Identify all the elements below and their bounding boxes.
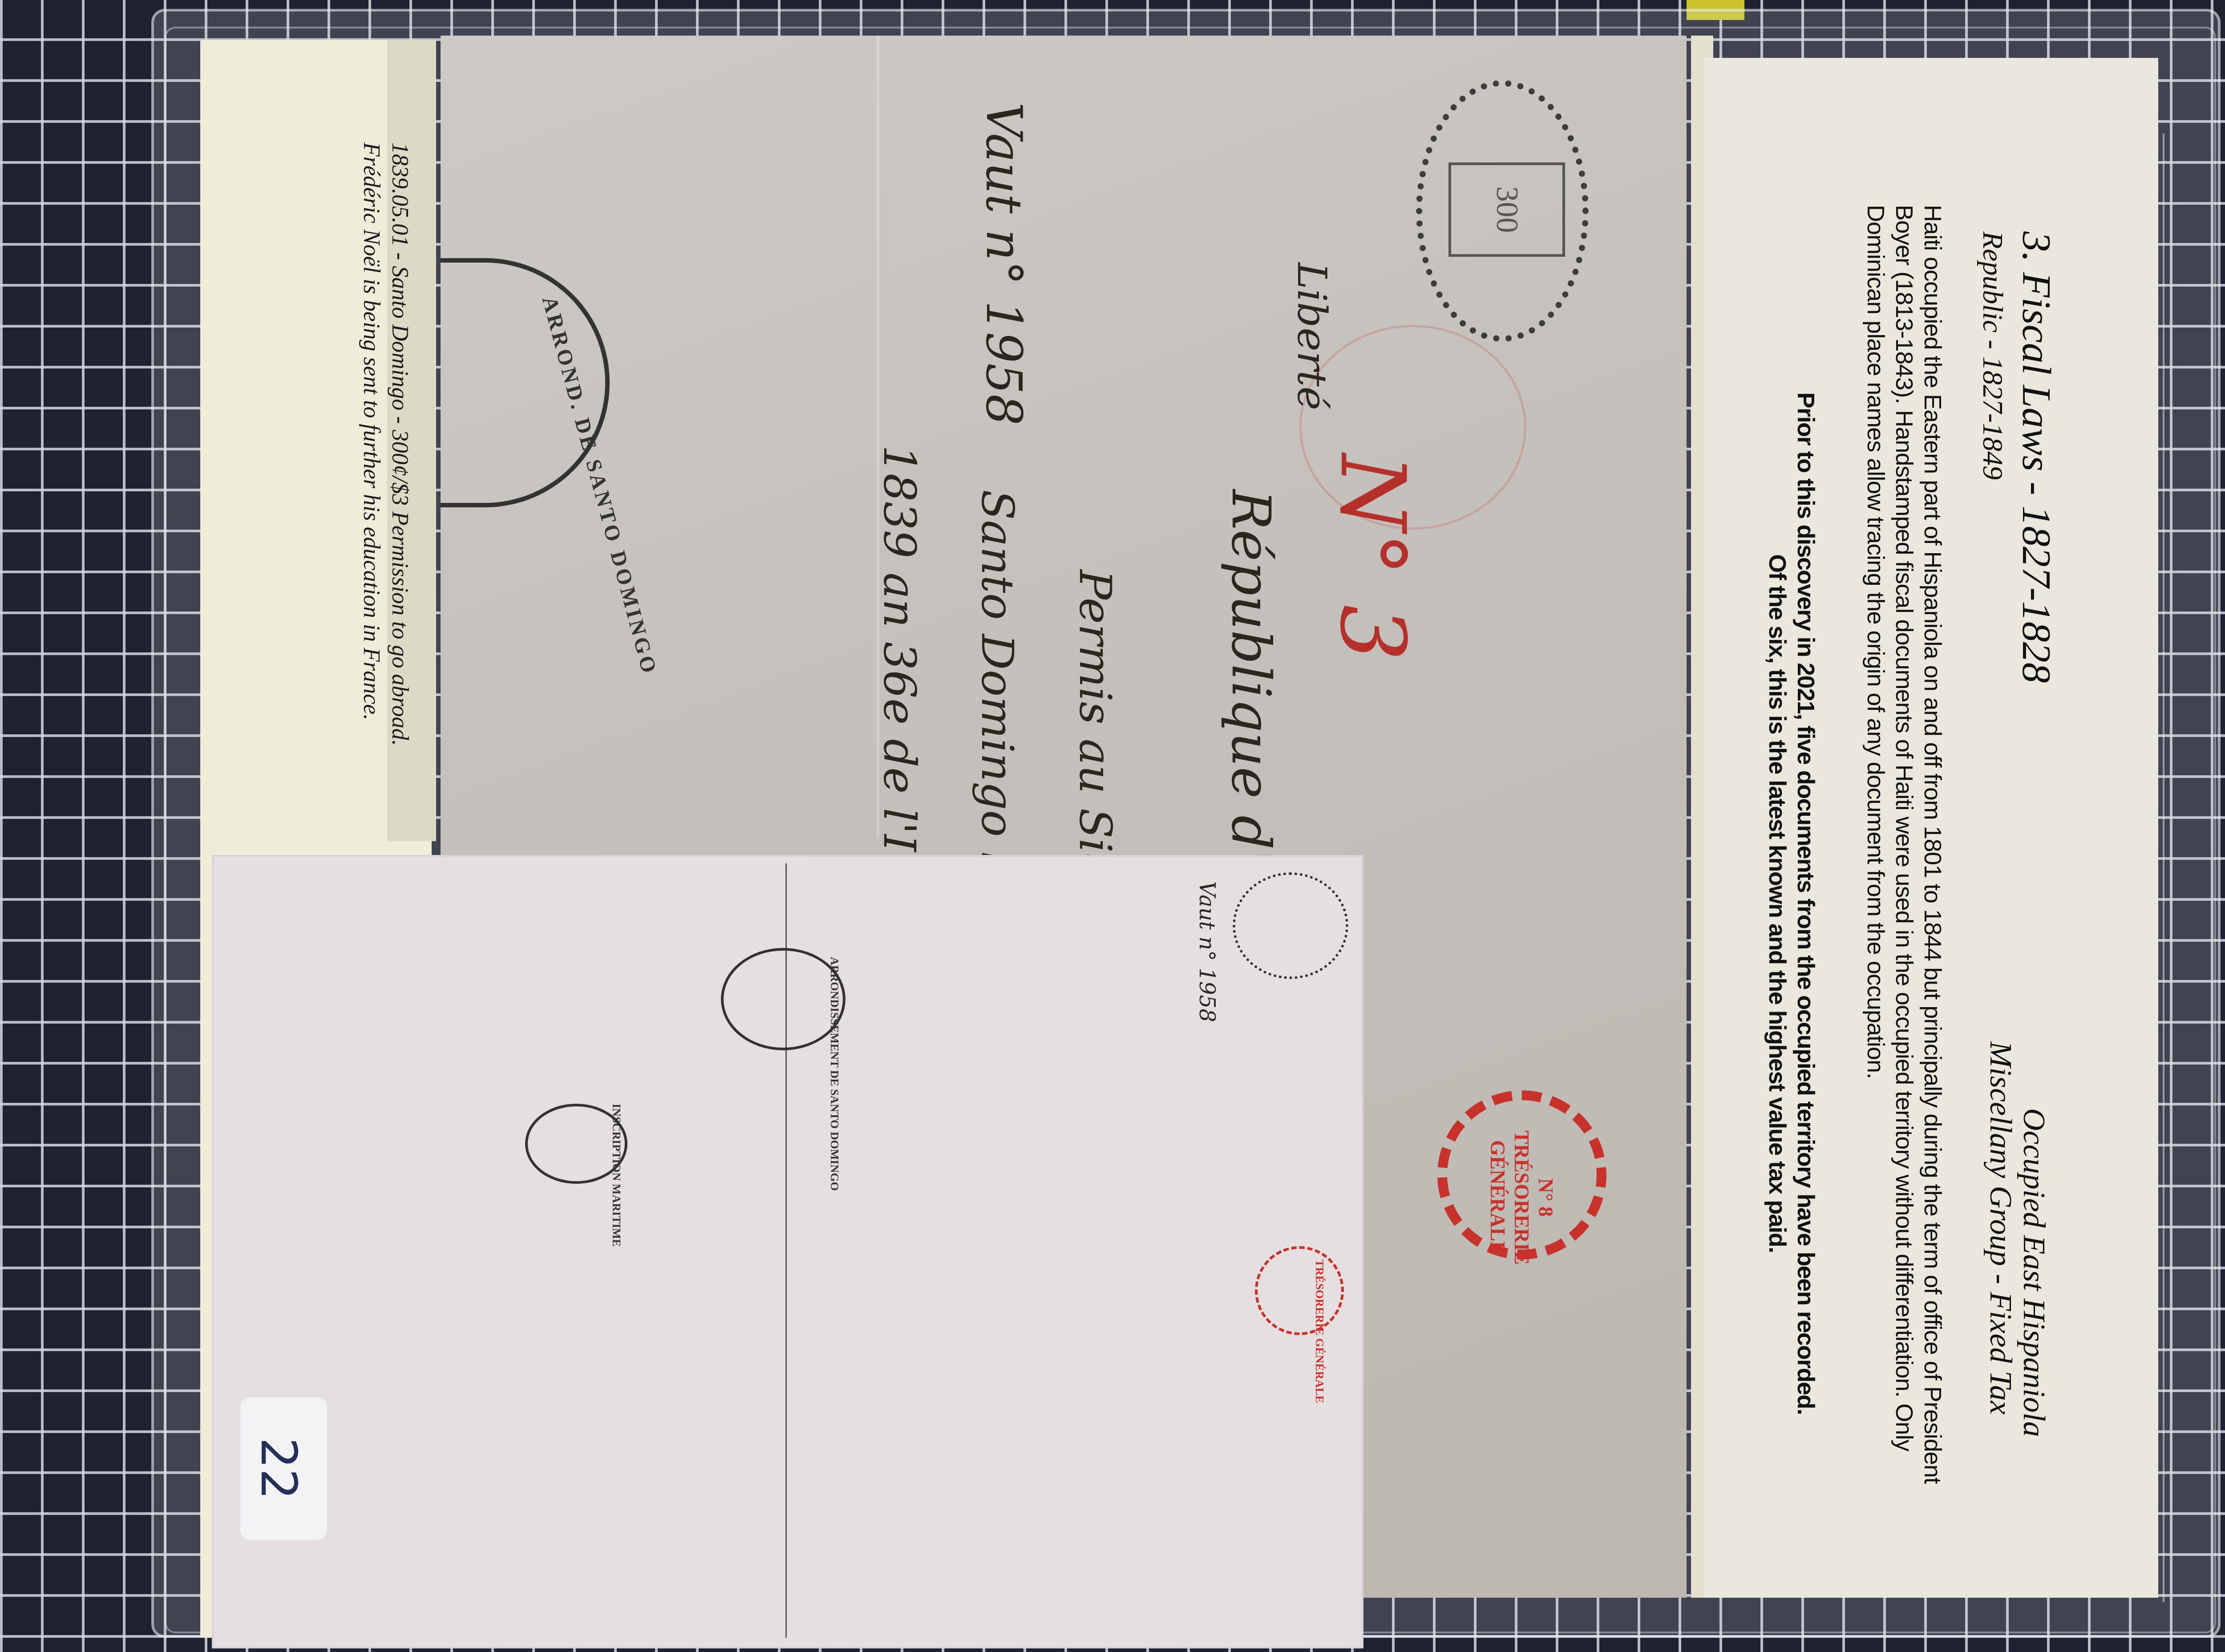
- section-subtitle: Republic - 1827-1849: [1976, 231, 2009, 480]
- discovery-note-line-1: Prior to this discovery in 2021, five do…: [1792, 236, 1820, 1571]
- description-body: Haiti occupied the Eastern part of Hispa…: [1861, 205, 1947, 1540]
- inventory-number: 22: [250, 1437, 307, 1500]
- photocopy-red-seal-icon: [1255, 1246, 1344, 1335]
- tax-stamp-value: 300: [1448, 162, 1565, 257]
- caption-line-1: 1839.05.01 - Santo Domingo - 300¢/$3 Per…: [385, 142, 414, 854]
- region-heading: Occupied East Hispaniola: [2016, 1108, 2051, 1437]
- discovery-note-line-2: Of the six, this is the latest known and…: [1763, 236, 1792, 1571]
- seal-line-3: GÉNÉRALE: [1485, 1130, 1509, 1265]
- photocopy-tax-stamp-icon: [1233, 872, 1348, 979]
- photocopy-handwritten-header: Vaut n° 1958: [1194, 881, 1219, 1022]
- discovery-note: Prior to this discovery in 2021, five do…: [1763, 236, 1820, 1571]
- handwritten-header: Vaut n° 1958: [975, 102, 1032, 425]
- card-stack-edges: [2163, 134, 2225, 1602]
- photocopy-maritime-label: INSCRIPTION MARITIME: [610, 1104, 623, 1247]
- handwriting-line: Liberté: [1288, 263, 1335, 410]
- group-heading: Miscellany Group - Fixed Tax: [1982, 1041, 2018, 1415]
- tresorerie-seal-text: N° 8 TRÉSORERIE GÉNÉRALE: [1485, 1130, 1557, 1265]
- caption-text: 1839.05.01 - Santo Domingo - 300¢/$3 Per…: [316, 142, 414, 854]
- section-title: 3. Fiscal Laws - 1827-1828: [2013, 231, 2060, 683]
- photocopy-seal-label: ARRONDISSEMENT DE SANTO DOMINGO: [828, 957, 841, 1191]
- seal-line-2: TRÉSORERIE: [1509, 1130, 1533, 1265]
- photocopy-seal-icon: [721, 948, 845, 1050]
- caption-line-2: Frédéric Noël is being sent to further h…: [357, 142, 385, 854]
- seal-number: N° 8: [1533, 1130, 1557, 1265]
- red-number-annotation: N° 3: [1320, 454, 1424, 661]
- photocopy-red-seal-label: TRÉSORERIE GÉNÉRALE: [1313, 1259, 1326, 1403]
